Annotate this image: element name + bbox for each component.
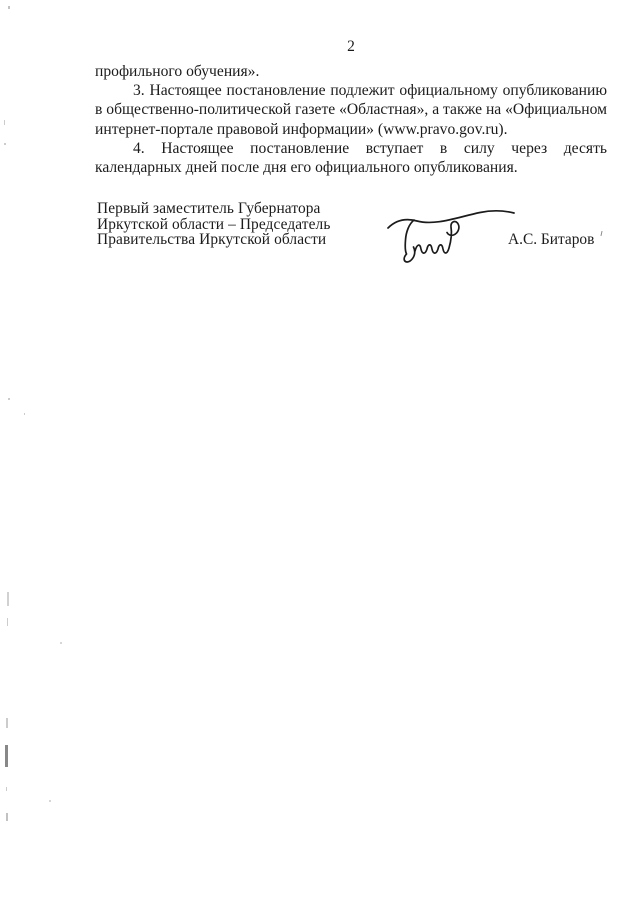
- scan-artifact: [8, 6, 10, 9]
- scan-artifact: [24, 413, 25, 415]
- signatory-title: Первый заместитель Губернатора Иркутской…: [97, 201, 330, 248]
- paragraph-continuation: профильного обучения».: [95, 62, 607, 81]
- scan-artifact: [8, 398, 10, 400]
- scan-artifact: [6, 718, 8, 728]
- page-number: 2: [95, 37, 607, 56]
- document-page: 2 профильного обучения». 3. Настоящее по…: [0, 0, 640, 905]
- scan-artifact: [4, 143, 6, 145]
- paragraph-3: 3. Настоящее постановление подлежит офиц…: [95, 81, 607, 139]
- scan-artifact: [4, 120, 5, 125]
- document-body: профильного обучения». 3. Настоящее пост…: [95, 62, 607, 177]
- signatory-title-line-2: Иркутской области – Председатель: [97, 217, 330, 233]
- scan-artifact: [6, 787, 7, 791]
- scan-artifact: [60, 642, 62, 644]
- paragraph-4: 4. Настоящее постановление вступает в си…: [95, 139, 607, 177]
- handwritten-signature-icon: [384, 204, 518, 264]
- scan-artifact: [600, 231, 602, 236]
- signatory-title-line-1: Первый заместитель Губернатора: [97, 201, 330, 217]
- scan-artifact: [7, 618, 8, 626]
- scan-artifact: [5, 745, 8, 767]
- scan-artifact: [6, 813, 8, 821]
- scan-artifact: [7, 592, 9, 606]
- scan-artifact: [49, 800, 51, 802]
- signer-name: А.С. Битаров: [508, 231, 594, 248]
- signatory-title-line-3: Правительства Иркутской области: [97, 232, 330, 248]
